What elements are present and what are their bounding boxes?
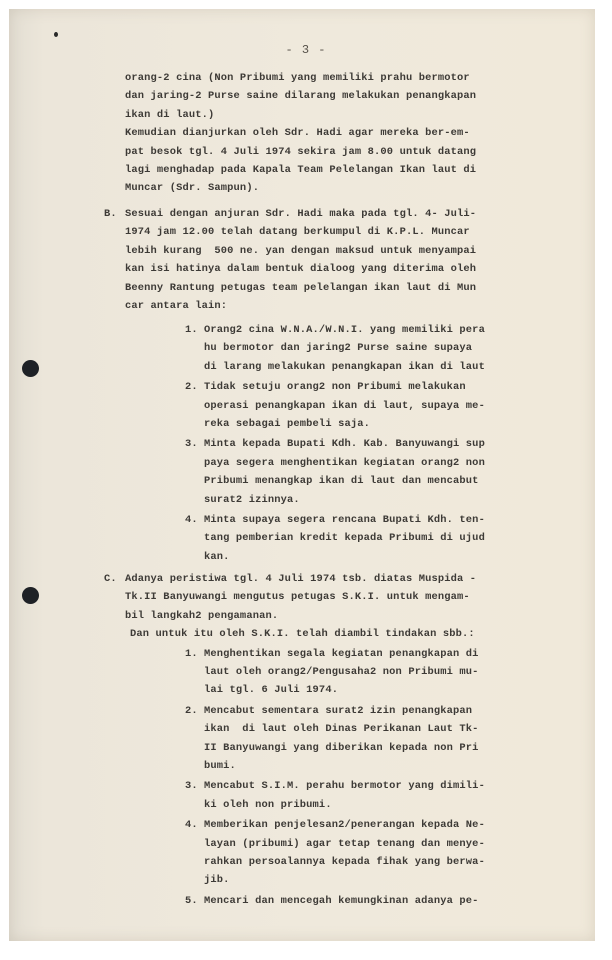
list-number: 3. <box>185 779 198 793</box>
section-marker: B. <box>104 207 117 221</box>
punch-hole <box>22 360 39 377</box>
body-line: Dan untuk itu oleh S.K.I. telah diambil … <box>130 627 475 641</box>
list-item-line: laut oleh orang2/Pengusaha2 non Pribumi … <box>204 665 479 679</box>
list-item-line: tang pemberian kredit kepada Pribumi di … <box>204 531 485 545</box>
body-line: dan jaring-2 Purse saine dilarang melaku… <box>125 89 476 103</box>
punch-hole <box>22 587 39 604</box>
list-item-line: Mencabut sementara surat2 izin penangkap… <box>204 704 472 718</box>
body-line: lebih kurang 500 ne. yan dengan maksud u… <box>125 244 476 258</box>
body-line: orang-2 cina (Non Pribumi yang memiliki … <box>125 71 470 85</box>
list-item-line: ki oleh non pribumi. <box>204 798 332 812</box>
list-item-line: layan (pribumi) agar tetap tenang dan me… <box>204 837 485 851</box>
list-item-line: ikan di laut oleh Dinas Perikanan Laut T… <box>204 722 479 736</box>
body-line: kan isi hatinya dalam bentuk dialoog yan… <box>125 262 476 276</box>
list-number: 2. <box>185 380 198 394</box>
list-item-line: Memberikan penjelesan2/penerangan kepada… <box>204 818 485 832</box>
list-item-line: rahkan persoalannya kepada fihak yang be… <box>204 855 485 869</box>
list-item-line: Minta kepada Bupati Kdh. Kab. Banyuwangi… <box>204 437 485 451</box>
body-line: lagi menghadap pada Kapala Team Pelelang… <box>125 163 476 177</box>
body-line: Muncar (Sdr. Sampun). <box>125 181 259 195</box>
body-line: Kemudian dianjurkan oleh Sdr. Hadi agar … <box>125 126 470 140</box>
list-item-line: Mencabut S.I.M. perahu bermotor yang dim… <box>204 779 485 793</box>
list-number: 3. <box>185 437 198 451</box>
section-marker: C. <box>104 572 117 586</box>
list-number: 1. <box>185 323 198 337</box>
list-item-line: hu bermotor dan jaring2 Purse saine supa… <box>204 341 472 355</box>
list-number: 2. <box>185 704 198 718</box>
ink-speck <box>54 32 58 37</box>
body-line: Beenny Rantung petugas team pelelangan i… <box>125 281 476 295</box>
list-item-line: Tidak setuju orang2 non Pribumi melakuka… <box>204 380 466 394</box>
list-item-line: Menghentikan segala kegiatan penangkapan… <box>204 647 479 661</box>
page-number: - 3 - <box>0 43 612 57</box>
body-line: Sesuai dengan anjuran Sdr. Hadi maka pad… <box>125 207 476 221</box>
list-item-line: surat2 izinnya. <box>204 493 300 507</box>
body-line: bil langkah2 pengamanan. <box>125 609 278 623</box>
body-line: pat besok tgl. 4 Juli 1974 sekira jam 8.… <box>125 145 476 159</box>
list-item-line: Mencari dan mencegah kemungkinan adanya … <box>204 894 479 908</box>
body-line: Tk.II Banyuwangi mengutus petugas S.K.I.… <box>125 590 470 604</box>
body-line: 1974 jam 12.00 telah datang berkumpul di… <box>125 225 470 239</box>
list-item-line: di larang melakukan penangkapan ikan di … <box>204 360 485 374</box>
list-item-line: bumi. <box>204 759 236 773</box>
list-item-line: paya segera menghentikan kegiatan orang2… <box>204 456 485 470</box>
list-number: 4. <box>185 818 198 832</box>
list-item-line: Orang2 cina W.N.A./W.N.I. yang memiliki … <box>204 323 485 337</box>
list-item-line: Minta supaya segera rencana Bupati Kdh. … <box>204 513 485 527</box>
body-line: ikan di laut.) <box>125 108 214 122</box>
list-number: 5. <box>185 894 198 908</box>
body-line: Adanya peristiwa tgl. 4 Juli 1974 tsb. d… <box>125 572 476 586</box>
list-item-line: Pribumi menangkap ikan di laut dan menca… <box>204 474 479 488</box>
body-line: car antara lain: <box>125 299 227 313</box>
list-item-line: lai tgl. 6 Juli 1974. <box>204 683 338 697</box>
list-item-line: operasi penangkapan ikan di laut, supaya… <box>204 399 485 413</box>
list-item-line: kan. <box>204 550 230 564</box>
list-number: 4. <box>185 513 198 527</box>
list-item-line: jib. <box>204 873 230 887</box>
list-item-line: II Banyuwangi yang diberikan kepada non … <box>204 741 479 755</box>
list-number: 1. <box>185 647 198 661</box>
list-item-line: reka sebagai pembeli saja. <box>204 417 370 431</box>
